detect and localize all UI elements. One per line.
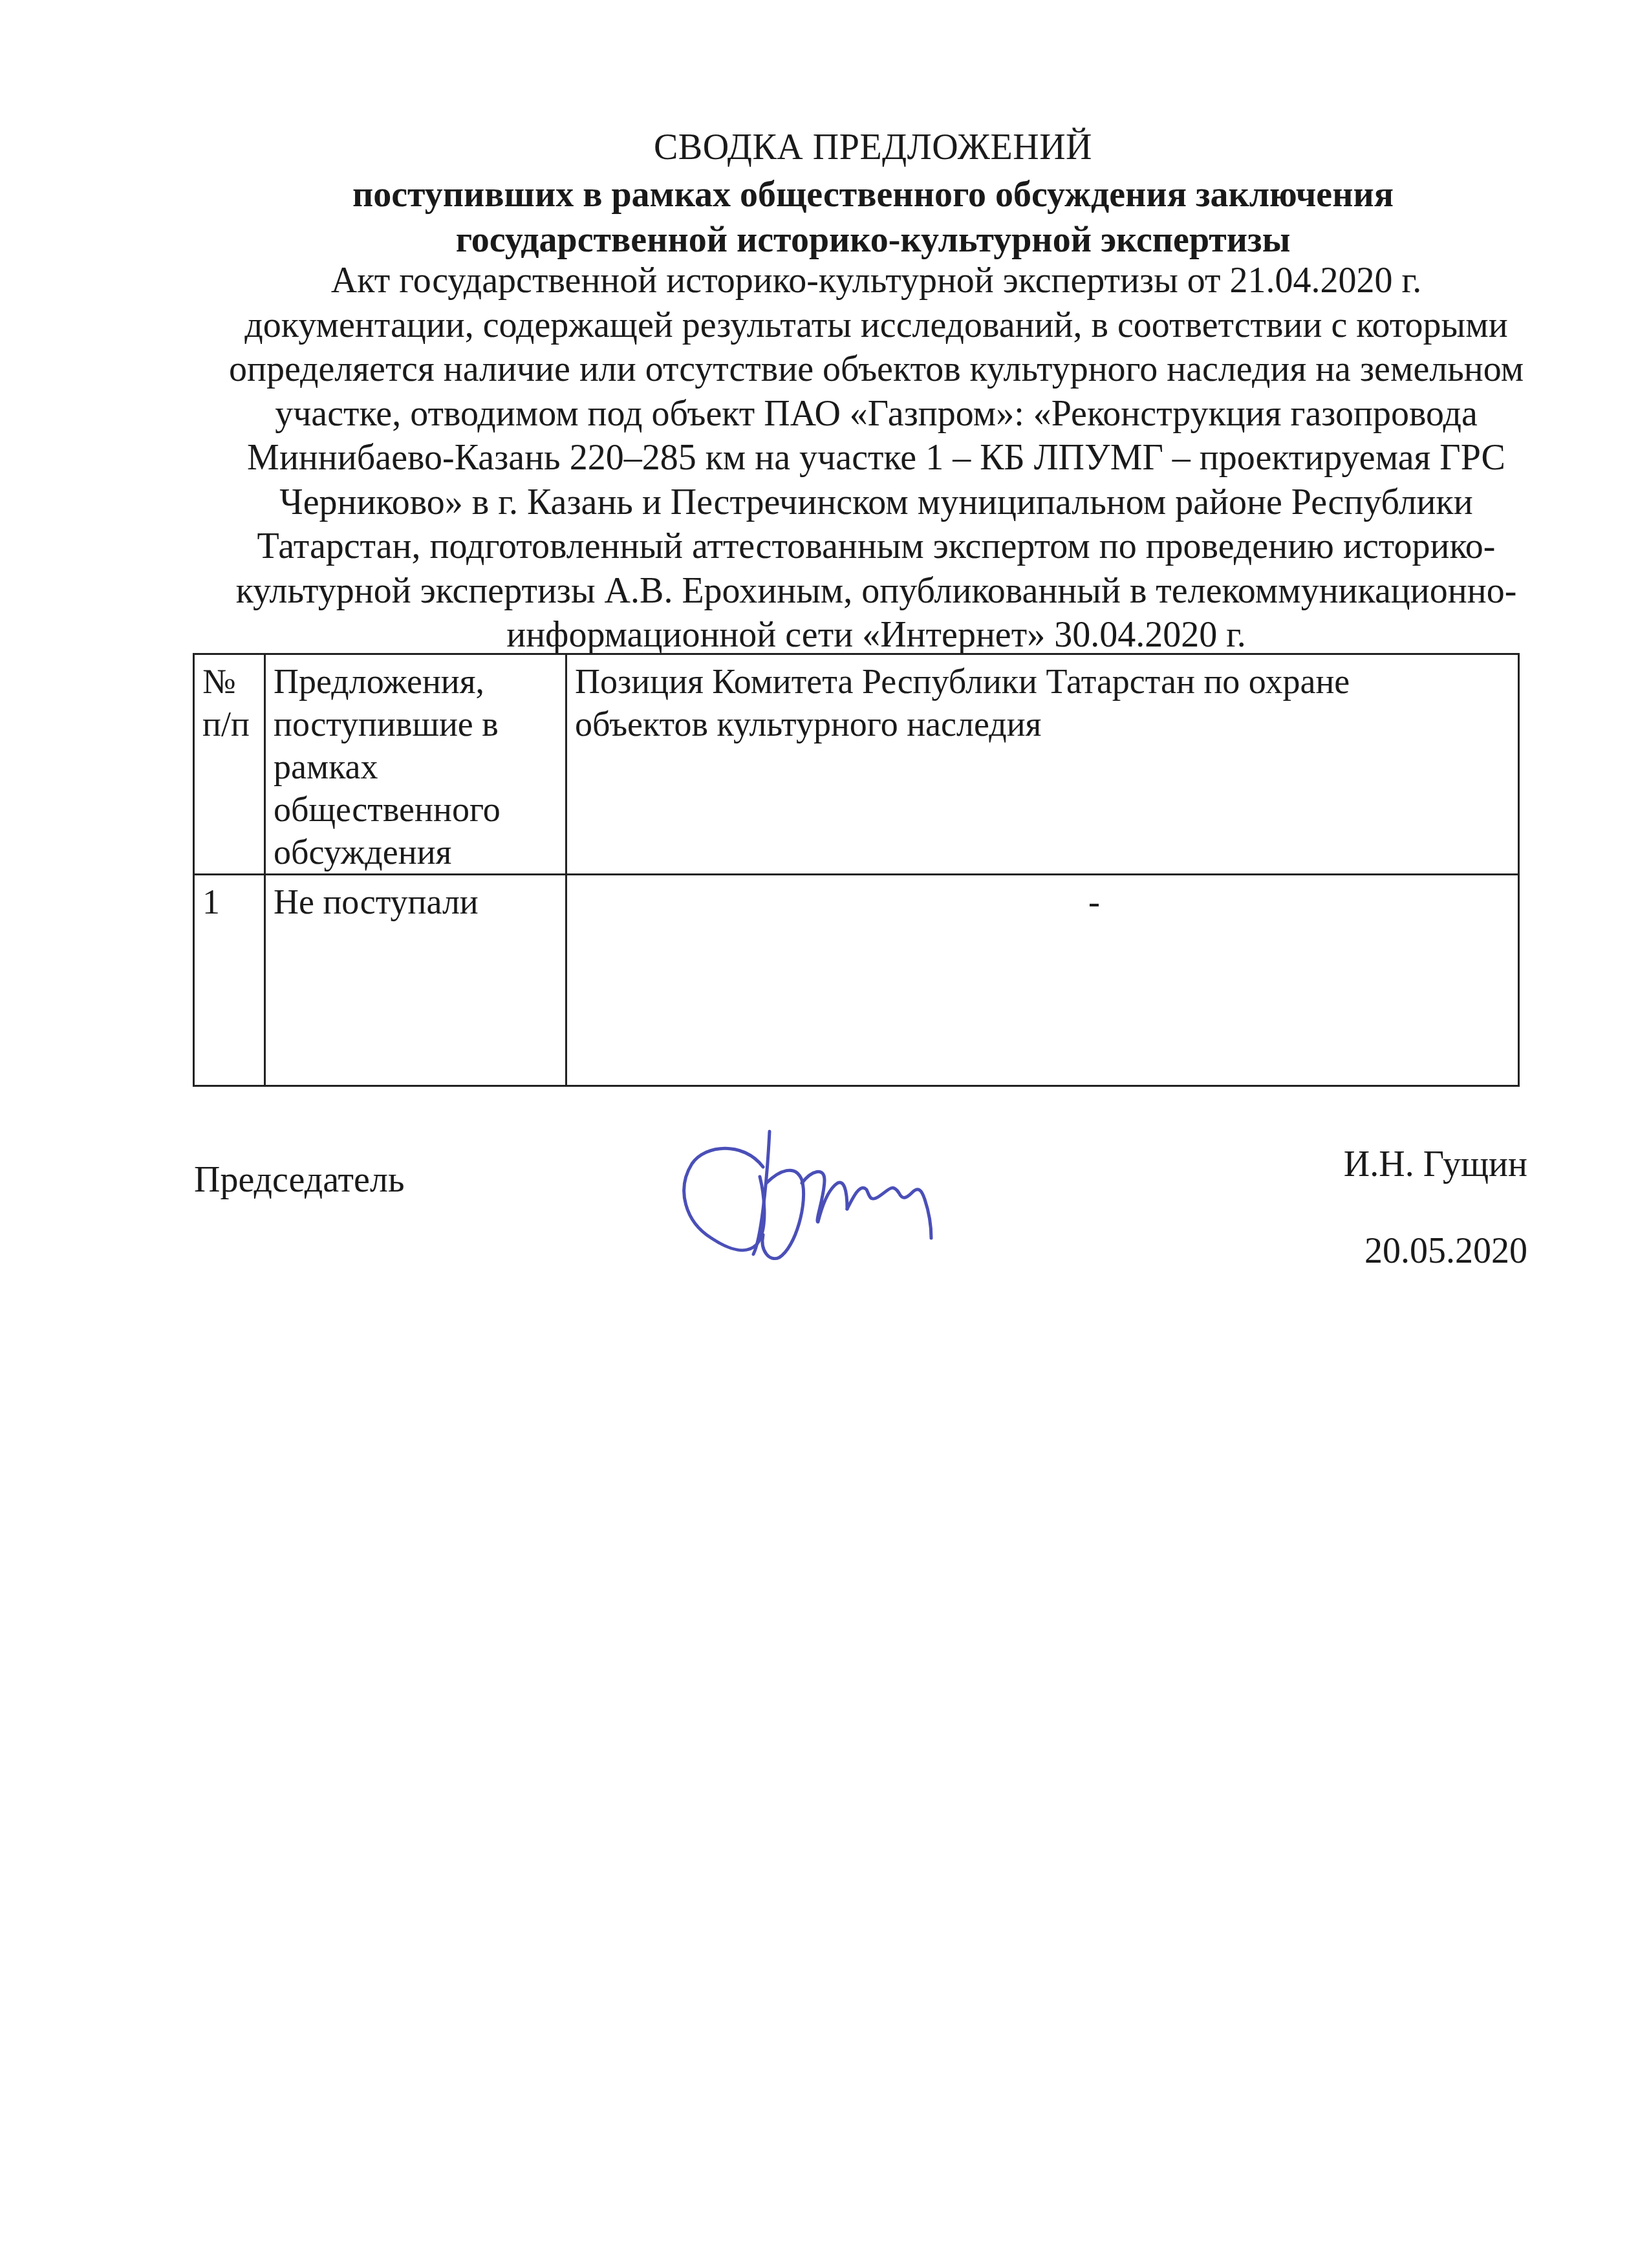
header-position: Позиция Комитета Республики Татарстан по…: [566, 654, 1519, 875]
signature-date: 20.05.2020: [1364, 1228, 1527, 1274]
table-header-row: № п/п Предложения, поступившие в рамках …: [194, 654, 1519, 875]
intro-line: Черниково» в г. Казань и Пестречинском м…: [181, 480, 1571, 525]
document-title: СВОДКА ПРЕДЛОЖЕНИЙ: [181, 123, 1565, 172]
cell-position: -: [566, 875, 1519, 1086]
position-value: -: [1088, 881, 1100, 923]
header-num: № п/п: [194, 654, 265, 875]
intro-line: документации, содержащей результаты иссл…: [181, 303, 1571, 348]
intro-line: Акт государственной историко-культурной …: [181, 259, 1571, 303]
cell-proposal: Не поступали: [265, 875, 566, 1086]
intro-line: участке, отводимом под объект ПАО «Газпр…: [181, 392, 1571, 436]
subtitle-line: государственной историко-культурной эксп…: [181, 217, 1565, 262]
handwritten-signature-icon: [666, 1118, 1015, 1274]
document-subtitle: поступивших в рамках общественного обсуж…: [181, 172, 1565, 262]
proposals-table: № п/п Предложения, поступившие в рамках …: [193, 653, 1520, 1087]
intro-line: информационной сети «Интернет» 30.04.202…: [181, 613, 1571, 658]
subtitle-line: поступивших в рамках общественного обсуж…: [181, 172, 1565, 217]
intro-paragraph: Акт государственной историко-культурной …: [181, 259, 1571, 658]
signer-role: Председатель: [194, 1157, 404, 1203]
intro-line: Татарстан, подготовленный аттестованным …: [181, 524, 1571, 569]
header-proposals: Предложения, поступившие в рамках общест…: [265, 654, 566, 875]
intro-line: определяется наличие или отсутствие объе…: [181, 347, 1571, 392]
cell-num: 1: [194, 875, 265, 1086]
table-row: 1 Не поступали -: [194, 875, 1519, 1086]
intro-line: культурной экспертизы А.В. Ерохиным, опу…: [181, 569, 1571, 614]
intro-line: Миннибаево-Казань 220–285 км на участке …: [181, 436, 1571, 480]
document-page: СВОДКА ПРЕДЛОЖЕНИЙ поступивших в рамках …: [0, 0, 1649, 2268]
signer-name: И.Н. Гущин: [1344, 1142, 1527, 1187]
